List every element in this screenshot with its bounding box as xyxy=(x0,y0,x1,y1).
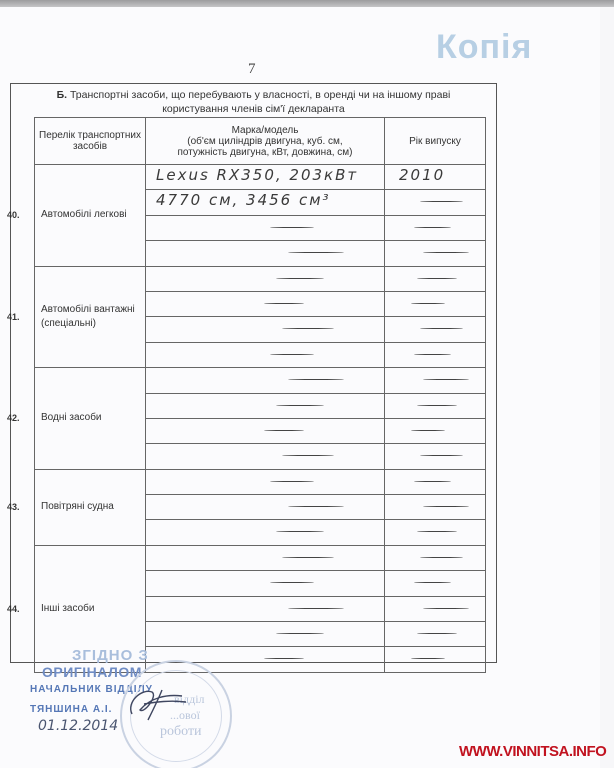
handwritten-dash xyxy=(264,658,304,659)
table-row: 41.Автомобілі вантажні (спеціальні) xyxy=(35,266,486,291)
handwritten-dash xyxy=(420,557,463,558)
category-label: Інші засоби xyxy=(35,602,145,616)
table-row: 44.Інші засоби xyxy=(35,545,486,570)
section-title-line1: Транспортні засоби, що перебувають у вла… xyxy=(67,89,450,101)
handwritten-dash xyxy=(417,633,457,634)
year-cell xyxy=(385,342,486,367)
handwritten-dash xyxy=(270,354,314,355)
model-cell xyxy=(146,342,385,367)
model-cell xyxy=(146,469,385,494)
table-row: 42.Водні засоби xyxy=(35,368,486,393)
handwritten-dash xyxy=(423,252,469,253)
vehicles-table: Перелік транспортних засобів Марка/модел… xyxy=(34,117,486,673)
year-cell xyxy=(385,444,486,469)
model-cell xyxy=(146,393,385,418)
header-model-line3: потужність двигуна, кВт, довжина, см) xyxy=(177,147,352,158)
year-cell xyxy=(385,596,486,621)
category-label: Водні засоби xyxy=(35,411,145,425)
handwritten-dash xyxy=(270,227,314,228)
copy-stamp: Копія xyxy=(436,28,532,67)
table-header-row: Перелік транспортних засобів Марка/модел… xyxy=(35,118,486,165)
handwritten-dash xyxy=(411,658,445,659)
year-cell xyxy=(385,622,486,647)
model-cell: Lexus RX350, 203кВт xyxy=(146,165,385,190)
year-cell xyxy=(385,190,486,215)
top-border xyxy=(0,0,614,7)
year-cell xyxy=(385,291,486,316)
cert-line-1: ЗГІДНО З xyxy=(72,647,149,664)
handwritten-dash xyxy=(414,354,451,355)
model-cell xyxy=(146,215,385,240)
model-cell xyxy=(146,241,385,266)
year-cell xyxy=(385,469,486,494)
section-title-line2: користування членів сім'ї декларанта xyxy=(162,103,345,115)
handwritten-dash xyxy=(417,278,457,279)
handwritten-dash xyxy=(264,303,304,304)
cert-line-4: ТЯНШИНА А.І. xyxy=(30,704,112,715)
model-cell xyxy=(146,444,385,469)
handwritten-dash xyxy=(414,582,451,583)
year-cell xyxy=(385,647,486,672)
year-cell xyxy=(385,368,486,393)
seal-word-3: роботи xyxy=(160,724,202,740)
table-row: 40.Автомобілі легковіLexus RX350, 203кВт… xyxy=(35,165,486,190)
table-row: 43.Повітряні судна xyxy=(35,469,486,494)
handwritten-dash xyxy=(411,430,445,431)
year-cell xyxy=(385,215,486,240)
year-cell xyxy=(385,393,486,418)
year-cell xyxy=(385,266,486,291)
year-cell: 2010 xyxy=(385,165,486,190)
page-number: 7 xyxy=(248,61,256,78)
handwritten-dash xyxy=(282,455,334,456)
category-cell: 42.Водні засоби xyxy=(35,368,146,470)
model-cell xyxy=(146,520,385,545)
handwritten-dash xyxy=(288,252,344,253)
header-vehicle-list: Перелік транспортних засобів xyxy=(35,118,146,165)
model-cell xyxy=(146,596,385,621)
category-number: 44. xyxy=(7,604,20,614)
model-cell xyxy=(146,495,385,520)
handwritten-dash xyxy=(417,531,457,532)
header-model: Марка/модель (об'єм циліндрів двигуна, к… xyxy=(146,118,385,165)
model-cell xyxy=(146,545,385,570)
header-model-line2: (об'єм циліндрів двигуна, куб. см, xyxy=(187,136,342,147)
year-cell xyxy=(385,241,486,266)
category-cell: 43.Повітряні судна xyxy=(35,469,146,545)
model-cell xyxy=(146,317,385,342)
handwritten-dash xyxy=(288,506,344,507)
handwritten-dash xyxy=(264,430,304,431)
handwritten-dash xyxy=(414,481,451,482)
handwritten-dash xyxy=(420,201,463,202)
model-cell xyxy=(146,368,385,393)
category-cell: 41.Автомобілі вантажні (спеціальні) xyxy=(35,266,146,368)
category-number: 42. xyxy=(7,413,20,423)
category-label: Повітряні судна xyxy=(35,500,145,514)
handwritten-dash xyxy=(288,379,344,380)
year-cell xyxy=(385,495,486,520)
section-title: Б. Транспортні засоби, що перебувають у … xyxy=(10,88,497,116)
cert-line-2: ОРИГІНАЛОМ xyxy=(42,664,142,680)
category-cell: 40.Автомобілі легкові xyxy=(35,165,146,267)
handwritten-dash xyxy=(411,303,445,304)
header-model-line1: Марка/модель xyxy=(232,125,299,136)
model-cell xyxy=(146,291,385,316)
handwritten-dash xyxy=(420,455,463,456)
handwritten-dash xyxy=(423,506,469,507)
handwritten-dash xyxy=(423,608,469,609)
section-letter: Б. xyxy=(57,89,67,101)
year-cell xyxy=(385,571,486,596)
handwritten-model: 4770 см, 3456 см³ xyxy=(156,191,331,209)
handwritten-dash xyxy=(288,608,344,609)
year-cell xyxy=(385,317,486,342)
handwritten-dash xyxy=(423,379,469,380)
header-year: Рік випуску xyxy=(385,118,486,165)
watermark: WWW.VINNITSA.INFO xyxy=(459,743,606,760)
handwritten-dash xyxy=(420,328,463,329)
handwritten-dash xyxy=(276,405,324,406)
handwritten-dash xyxy=(270,582,314,583)
category-label: Автомобілі вантажні (спеціальні) xyxy=(35,303,145,331)
year-cell xyxy=(385,520,486,545)
handwritten-dash xyxy=(276,531,324,532)
model-cell: 4770 см, 3456 см³ xyxy=(146,190,385,215)
handwritten-dash xyxy=(270,481,314,482)
category-number: 43. xyxy=(7,502,20,512)
handwritten-dash xyxy=(276,633,324,634)
model-cell xyxy=(146,622,385,647)
handwritten-model: Lexus RX350, 203кВт xyxy=(156,166,358,184)
cert-date: 01.12.2014 xyxy=(38,718,118,734)
handwritten-dash xyxy=(282,328,334,329)
category-label: Автомобілі легкові xyxy=(35,208,145,222)
category-number: 41. xyxy=(7,312,20,322)
handwritten-dash xyxy=(414,227,451,228)
handwritten-dash xyxy=(276,278,324,279)
model-cell xyxy=(146,418,385,443)
signature xyxy=(122,684,192,722)
model-cell xyxy=(146,571,385,596)
year-cell xyxy=(385,545,486,570)
handwritten-dash xyxy=(417,405,457,406)
handwritten-year: 2010 xyxy=(399,166,445,184)
model-cell xyxy=(146,266,385,291)
handwritten-dash xyxy=(282,557,334,558)
year-cell xyxy=(385,418,486,443)
category-number: 40. xyxy=(7,210,20,220)
